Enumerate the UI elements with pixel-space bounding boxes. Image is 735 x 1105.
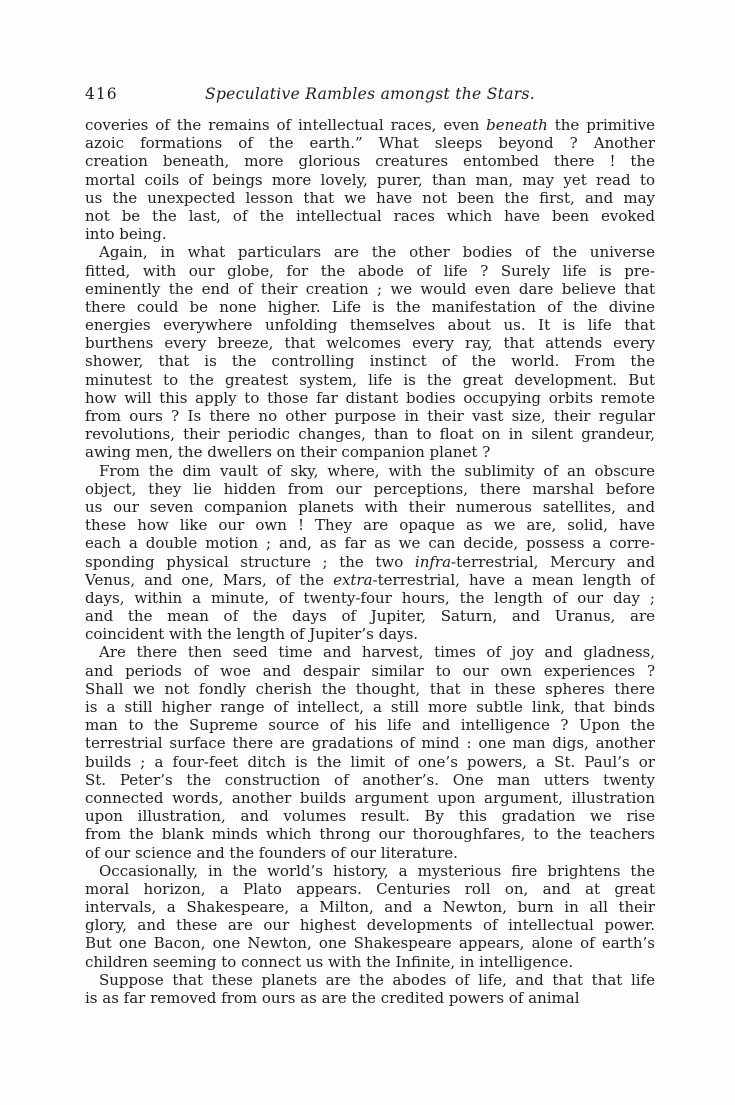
text-line: But one Bacon, one Newton, one Shakespea… — [85, 934, 655, 952]
text-line: burthens every breeze, that welcomes eve… — [85, 334, 655, 352]
text-line: From the dim vault of sky, where, with t… — [85, 462, 655, 480]
text-line: St. Peter’s the construction of another’… — [85, 771, 655, 789]
text-line: and the mean of the days of Jupiter, Sat… — [85, 607, 655, 625]
text-line: not be the last, of the intellectual rac… — [85, 207, 655, 225]
text-line: coincident with the length of Jupiter’s … — [85, 625, 655, 643]
text-line: fitted, with our globe, for the abode of… — [85, 262, 655, 280]
paragraph: Occasionally, in the world’s history, a … — [85, 862, 655, 971]
text-line: children seeming to connect us with the … — [85, 953, 655, 971]
text-line: revolutions, their periodic changes, tha… — [85, 425, 655, 443]
text-line: connected words, another builds argument… — [85, 789, 655, 807]
text-line: Again, in what particulars are the other… — [85, 243, 655, 261]
text-line: from ours ? Is there no other purpose in… — [85, 407, 655, 425]
body-text: coveries of the remains of intellectual … — [85, 116, 655, 1007]
text-line: how will this apply to those far distant… — [85, 389, 655, 407]
text-line: Shall we not fondly cherish the thought,… — [85, 680, 655, 698]
text-line: and periods of woe and despair similar t… — [85, 662, 655, 680]
paragraph: Again, in what particulars are the other… — [85, 243, 655, 461]
text-line: builds ; a four-feet ditch is the limit … — [85, 753, 655, 771]
text-line: coveries of the remains of intellectual … — [85, 116, 655, 134]
text-line: intervals, a Shakespeare, a Milton, and … — [85, 898, 655, 916]
text-line: us the unexpected lesson that we have no… — [85, 189, 655, 207]
text-line: us our seven companion planets with thei… — [85, 498, 655, 516]
text-line: Occasionally, in the world’s history, a … — [85, 862, 655, 880]
paragraph: coveries of the remains of intellectual … — [85, 116, 655, 243]
text-line: shower, that is the controlling instinct… — [85, 352, 655, 370]
page-header: 416 Speculative Rambles amongst the Star… — [85, 84, 655, 104]
text-line: Venus, and one, Mars, of the extra-terre… — [85, 571, 655, 589]
text-line: Suppose that these planets are the abode… — [85, 971, 655, 989]
text-line: awing men, the dwellers on their compani… — [85, 443, 655, 461]
text-line: Are there then seed time and harvest, ti… — [85, 643, 655, 661]
text-line: terrestrial surface there are gradations… — [85, 734, 655, 752]
text-line: eminently the end of their creation ; we… — [85, 280, 655, 298]
text-line: each a double motion ; and, as far as we… — [85, 534, 655, 552]
running-title: Speculative Rambles amongst the Stars. — [85, 84, 655, 104]
paragraph: From the dim vault of sky, where, with t… — [85, 462, 655, 644]
text-line: into being. — [85, 225, 655, 243]
text-line: of our science and the founders of our l… — [85, 844, 655, 862]
text-line: from the blank minds which throng our th… — [85, 825, 655, 843]
text-line: moral horizon, a Plato appears. Centurie… — [85, 880, 655, 898]
text-line: mortal coils of beings more lovely, pure… — [85, 171, 655, 189]
text-line: these how like our own ! They are opaque… — [85, 516, 655, 534]
paragraph: Suppose that these planets are the abode… — [85, 971, 655, 1007]
text-line: man to the Supreme source of his life an… — [85, 716, 655, 734]
text-line: is as far removed from ours as are the c… — [85, 989, 655, 1007]
text-line: minutest to the greatest system, life is… — [85, 371, 655, 389]
text-line: sponding physical structure ; the two in… — [85, 553, 655, 571]
text-line: there could be none higher. Life is the … — [85, 298, 655, 316]
text-line: glory, and these are our highest develop… — [85, 916, 655, 934]
text-line: energies everywhere unfolding themselves… — [85, 316, 655, 334]
text-line: azoic formations of the earth.” What sle… — [85, 134, 655, 152]
text-line: is a still higher range of intellect, a … — [85, 698, 655, 716]
text-line: object, they lie hidden from our percept… — [85, 480, 655, 498]
text-line: creation beneath, more glorious creature… — [85, 152, 655, 170]
text-line: days, within a minute, of twenty-four ho… — [85, 589, 655, 607]
paragraph: Are there then seed time and harvest, ti… — [85, 643, 655, 861]
text-line: upon illustration, and volumes result. B… — [85, 807, 655, 825]
book-page: 416 Speculative Rambles amongst the Star… — [0, 0, 735, 1105]
